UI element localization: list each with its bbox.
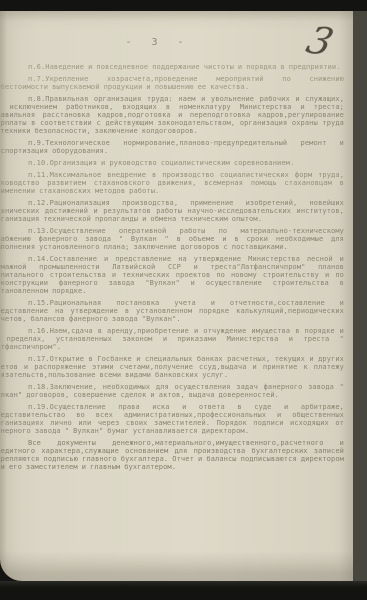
paragraph-p13: п.13.Осуществление оперативной работы по…: [0, 227, 344, 251]
paragraph-p18: п.18.Заключение, необходимых для осущест…: [0, 383, 344, 399]
paragraph-p8: п.8.Правильная организация труда: наем и…: [0, 95, 344, 135]
paragraph-p10: п.10.Организация и руководство социалист…: [0, 159, 344, 167]
paragraph-p9: п.9.Технологическое нормирование,планово…: [0, 139, 344, 155]
paragraph-p16: п.16.Наем,сдача в аренду,приобретение и …: [0, 327, 344, 351]
document-body: п.6.Наведение и повседневное поддержание…: [0, 63, 344, 475]
paragraph-p15: п.15.Рациональная постановка учета и отч…: [0, 299, 344, 323]
handwritten-page-number: 3: [302, 18, 339, 64]
typed-page-number: - 3 -: [88, 37, 228, 48]
scan-edge-bottom: [0, 581, 367, 600]
paragraph-p6: п.6.Наведение и повседневное поддержание…: [0, 63, 344, 71]
scan-edge-top: [0, 0, 367, 11]
paragraph-p14: п.14.Составление и представление на утве…: [0, 255, 344, 295]
scan-edge-right: [353, 11, 367, 581]
paragraph-p19: п.19.Осуществление права иска и ответа в…: [0, 403, 344, 435]
paragraph-p17: п.17.Открытие в Госбанке и специальных б…: [0, 355, 344, 379]
paragraph-p11: п.11.Максимальное внедрение в производст…: [0, 171, 344, 195]
paragraph-p12: п.12.Рационализация производства, примен…: [0, 199, 344, 223]
document-page: - 3 - 3 п.6.Наведение и повседневное под…: [0, 11, 353, 581]
paragraph-closing: Все документы денежного,материального,им…: [0, 439, 344, 471]
paragraph-p7: п.7.Укрепление хозрасчета,проведение мер…: [0, 75, 344, 91]
